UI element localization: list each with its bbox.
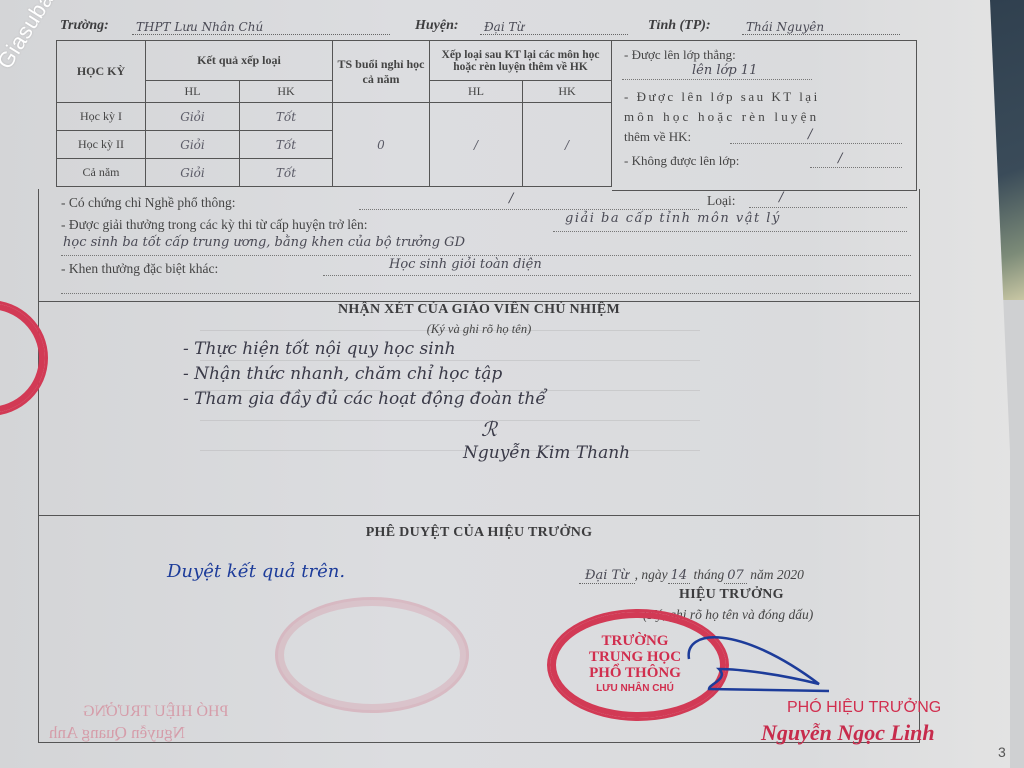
ghost-role: PHÓ HIỆU TRƯỞNG <box>83 703 228 721</box>
teacher-comment-line: - Nhận thức nhanh, chăm chỉ học tập <box>183 364 502 384</box>
district-value: Đại Từ <box>480 20 628 35</box>
subheader-hl: HL <box>146 81 240 103</box>
hk-cell: Tốt <box>240 131 333 159</box>
dotted-line <box>810 167 902 168</box>
teacher-comment-subtitle: (Ký và ghi rõ họ tên) <box>39 322 919 337</box>
school-label: Trường: <box>60 18 109 34</box>
dotted-line <box>749 207 907 208</box>
grade-table: HỌC KỲ Kết quả xếp loại TS buổi nghỉ học… <box>56 40 612 187</box>
teacher-name: Nguyễn Kim Thanh <box>463 443 630 463</box>
date-prefix: , ngày <box>635 567 668 582</box>
subheader-retest-hl: HL <box>430 81 523 103</box>
promotion-box: - Được lên lớp thẳng: lên lớp 11 - Được … <box>612 40 917 191</box>
retest-promotion-label-3: thêm về HK: <box>624 129 691 145</box>
hk-cell: Tốt <box>240 103 333 131</box>
principal-role: HIỆU TRƯỞNG <box>679 587 784 603</box>
special-award-label: - Khen thưởng đặc biệt khác: <box>61 261 218 277</box>
signer-role: PHÓ HIỆU TRƯỞNG <box>787 699 941 717</box>
table-row: Học kỳ I Giỏi Tốt 0 / / <box>57 103 612 131</box>
awards-value-2: học sinh ba tốt cấp trung ương, bằng khe… <box>63 235 465 250</box>
type-label: Loại: <box>707 193 736 209</box>
district-label: Huyện: <box>415 18 459 34</box>
dotted-line <box>553 231 907 232</box>
school-value: THPT Lưu Nhân Chú <box>132 20 390 35</box>
teacher-comment-line: - Thực hiện tốt nội quy học sinh <box>183 339 456 359</box>
teacher-signature-icon: ℛ <box>481 417 497 441</box>
approval-note: Duyệt kết quả trên. <box>167 561 345 582</box>
hl-cell: Giỏi <box>146 131 240 159</box>
dotted-line <box>323 275 911 276</box>
type-value: / <box>779 190 783 205</box>
header-retest: Xếp loại sau KT lại các môn học hoặc rèn… <box>430 41 612 81</box>
dotted-line <box>61 293 911 294</box>
year-label: năm <box>750 567 773 582</box>
dotted-line <box>359 209 699 210</box>
vocational-value: / <box>509 191 513 206</box>
term-cell: Cả năm <box>57 159 146 187</box>
lower-section: - Có chứng chỉ Nghề phổ thông: / Loại: /… <box>38 189 920 743</box>
awards-value-1: giải ba cấp tỉnh môn vật lý <box>565 211 781 226</box>
report-card-page: Trường: THPT Lưu Nhân Chú Huyện: Đại Từ … <box>0 0 1010 768</box>
not-promoted-value: / <box>838 151 842 166</box>
retest-promotion-value: / <box>808 127 812 142</box>
dotted-line <box>730 143 902 144</box>
day-value: 14 <box>668 568 691 584</box>
retest-promotion-label-1: - Được lên lớp sau KT lại <box>624 89 820 105</box>
section-divider <box>39 515 919 516</box>
ghost-name: Nguyễn Quang Anh <box>49 723 185 743</box>
retest-hl-cell: / <box>430 103 523 187</box>
direct-promotion-label: - Được lên lớp thẳng: <box>624 47 736 63</box>
retest-promotion-label-2: môn học hoặc rèn luyện <box>624 109 819 125</box>
hl-cell: Giỏi <box>146 159 240 187</box>
teacher-comment-line: - Tham gia đầy đủ các hoạt động đoàn thể <box>183 389 546 409</box>
signing-date: Đại Từ, ngày14 tháng07 năm 2020 <box>579 567 804 583</box>
month-label: tháng <box>694 567 725 582</box>
header-result: Kết quả xếp loại <box>146 41 333 81</box>
vocational-label: - Có chứng chỉ Nghề phổ thông: <box>61 195 236 211</box>
dotted-line <box>622 79 812 80</box>
year-value: 2020 <box>777 567 804 582</box>
hk-cell: Tốt <box>240 159 333 187</box>
term-cell: Học kỳ I <box>57 103 146 131</box>
term-cell: Học kỳ II <box>57 131 146 159</box>
header-term: HỌC KỲ <box>57 41 146 103</box>
teacher-comment-title: NHẬN XÉT CỦA GIÁO VIÊN CHỦ NHIỆM <box>39 302 919 318</box>
page-number: 3 <box>998 744 1006 760</box>
awards-label: - Được giải thưởng trong các kỳ thi từ c… <box>61 217 368 233</box>
ghost-stamp-icon <box>275 597 469 713</box>
not-promoted-label: - Không được lên lớp: <box>624 153 739 169</box>
province-value: Thái Nguyên <box>742 20 900 35</box>
signer-name: Nguyễn Ngọc Linh <box>761 720 935 746</box>
month-value: 07 <box>724 568 747 584</box>
direct-promotion-value: lên lớp 11 <box>692 63 757 78</box>
place-value: Đại Từ <box>579 568 635 584</box>
principal-section-title: PHÊ DUYỆT CỦA HIỆU TRƯỞNG <box>39 525 919 541</box>
hl-cell: Giỏi <box>146 103 240 131</box>
absent-cell: 0 <box>333 103 430 187</box>
special-award-value: Học sinh giỏi toàn diện <box>389 257 542 272</box>
dotted-line <box>61 255 911 256</box>
header-absent: TS buổi nghỉ học cả năm <box>333 41 430 103</box>
retest-hk-cell: / <box>523 103 612 187</box>
subheader-hk: HK <box>240 81 333 103</box>
principal-signature-icon <box>679 629 879 709</box>
subheader-retest-hk: HK <box>523 81 612 103</box>
province-label: Tỉnh (TP): <box>648 18 711 34</box>
